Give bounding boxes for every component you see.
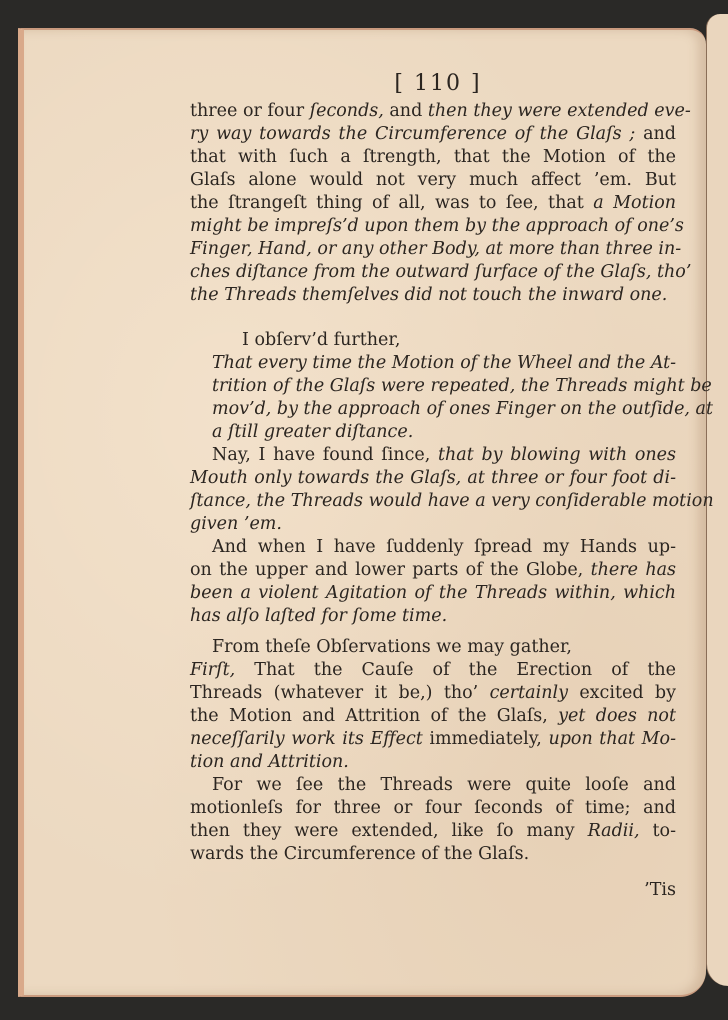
- italic-run: ry way towards the Circumference of the …: [190, 124, 635, 144]
- roman-run: to-: [640, 821, 676, 841]
- italic-run: tion and Attrition.: [190, 752, 349, 772]
- roman-run: motionleſs for three or four ſeconds of …: [190, 798, 676, 818]
- text-line: That every time the Motion of the Wheel …: [212, 352, 676, 375]
- text-line: Glaſs alone would not very much affect ’…: [190, 169, 676, 192]
- text-line: three or four ſeconds, and then they wer…: [190, 100, 676, 123]
- italic-run: ches diſtance from the outward ſurface o…: [190, 262, 691, 282]
- roman-run: that with ſuch a ſtrength, that the Moti…: [190, 147, 676, 167]
- text-line: has alſo laſted for ſome time.: [190, 605, 676, 628]
- scanned-book-spread: [ 110 ] three or four ſeconds, and then …: [0, 0, 728, 1020]
- text-line: on the upper and lower parts of the Glob…: [190, 559, 676, 582]
- roman-run: From theſe Obſervations we may gather,: [212, 637, 572, 657]
- paragraph-8: For we ſee the Threads were quite looſe …: [190, 774, 676, 866]
- text-line: Threads (whatever it be,) tho’ certainly…: [190, 682, 676, 705]
- text-line: given ’em.: [190, 513, 676, 536]
- italic-run: upon that Mo-: [548, 729, 676, 749]
- italic-run: might be impreſs’d upon them by the appr…: [190, 216, 684, 236]
- roman-run: the ſtrangeſt thing of all, was to ſee, …: [190, 193, 593, 213]
- text-line: trition of the Glaſs were repeated, the …: [212, 375, 676, 398]
- roman-run: the Motion and Attrition of the Glaſs,: [190, 706, 558, 726]
- text-line: that with ſuch a ſtrength, that the Moti…: [190, 146, 676, 169]
- italic-run: mov’d, by the approach of ones Finger on…: [212, 399, 713, 419]
- italic-run: there has: [591, 560, 676, 580]
- italic-run: been a violent Agitation of the Threads …: [190, 583, 676, 603]
- paragraph-gap: [190, 628, 676, 636]
- text-line: Firſt, That the Cauſe of the Erection of…: [190, 659, 676, 682]
- text-line: tion and Attrition.: [190, 751, 676, 774]
- italic-run: certainly: [490, 683, 568, 703]
- text-line: ſtance, the Threads would have a very co…: [190, 490, 676, 513]
- roman-run: For we ſee the Threads were quite looſe …: [212, 775, 676, 795]
- italic-run: Radii,: [588, 821, 640, 841]
- text-line: I obſerv’d further,: [220, 329, 676, 352]
- text-line: From theſe Obſervations we may gather,: [190, 636, 676, 659]
- text-line: then they were extended, like ſo many Ra…: [190, 820, 676, 843]
- text-line: motionleſs for three or four ſeconds of …: [190, 797, 676, 820]
- roman-run: three or four: [190, 101, 310, 121]
- text-line: Mouth only towards the Glaſs, at three o…: [190, 467, 676, 490]
- italic-run: Mouth only towards the Glaſs, at three o…: [190, 468, 676, 488]
- paragraph-5: And when I have ſuddenly ſpread my Hands…: [190, 536, 676, 628]
- roman-run: on the upper and lower parts of the Glob…: [190, 560, 591, 580]
- italic-run: the Threads themſelves did not touch the…: [190, 285, 667, 305]
- text-line: ry way towards the Circumference of the …: [190, 123, 676, 146]
- roman-run: wards the Circumference of the Glaſs.: [190, 844, 529, 864]
- italic-run: a Motion: [593, 193, 676, 213]
- text-line: And when I have ſuddenly ſpread my Hands…: [190, 536, 676, 559]
- text-line: neceſſarily work its Effect immediately,…: [190, 728, 676, 751]
- paragraph-6: From theſe Obſervations we may gather,: [190, 636, 676, 659]
- roman-run: Nay, I have found ſince,: [212, 445, 438, 465]
- roman-run: Threads (whatever it be,) tho’: [190, 683, 490, 703]
- italic-run: neceſſarily work its Effect: [190, 729, 423, 749]
- roman-run: and: [635, 124, 676, 144]
- italic-run: ſeconds,: [310, 101, 384, 121]
- text-line: mov’d, by the approach of ones Finger on…: [212, 398, 676, 421]
- roman-run: And when I have ſuddenly ſpread my Hands…: [212, 537, 676, 557]
- catchword: ’Tis: [644, 880, 676, 900]
- text-line: a ſtill greater diſtance.: [212, 421, 676, 444]
- text-line: the Threads themſelves did not touch the…: [190, 284, 676, 307]
- italic-run: a ſtill greater diſtance.: [212, 422, 413, 442]
- page-text-block: [ 110 ] three or four ſeconds, and then …: [190, 70, 676, 866]
- roman-run: Glaſs alone would not very much affect ’…: [190, 170, 676, 190]
- roman-run: I obſerv’d further,: [242, 330, 400, 350]
- italic-run: ſtance, the Threads would have a very co…: [190, 491, 714, 511]
- roman-run: excited by: [568, 683, 676, 703]
- italic-run: has alſo laſted for ſome time.: [190, 606, 447, 626]
- page-number: [ 110 ]: [200, 70, 676, 98]
- roman-run: then they were extended, like ſo many: [190, 821, 588, 841]
- text-line: For we ſee the Threads were quite looſe …: [190, 774, 676, 797]
- italic-run: given ’em.: [190, 514, 282, 534]
- text-line: Nay, I have found ſince, that by blowing…: [190, 444, 676, 467]
- paragraph-7: Firſt, That the Cauſe of the Erection of…: [190, 659, 676, 774]
- text-line: been a violent Agitation of the Threads …: [190, 582, 676, 605]
- italic-run: Finger, Hand, or any other Body, at more…: [190, 239, 681, 259]
- text-line: ches diſtance from the outward ſurface o…: [190, 261, 676, 284]
- paragraph-4: Nay, I have found ſince, that by blowing…: [190, 444, 676, 536]
- text-line: might be impreſs’d upon them by the appr…: [190, 215, 676, 238]
- italic-run: Firſt,: [190, 660, 235, 680]
- paragraph-gap: [190, 307, 676, 329]
- paragraph-3: That every time the Motion of the Wheel …: [190, 352, 676, 444]
- italic-run: trition of the Glaſs were repeated, the …: [212, 376, 712, 396]
- text-line: the Motion and Attrition of the Glaſs, y…: [190, 705, 676, 728]
- roman-run: That the Cauſe of the Erection of the: [235, 660, 676, 680]
- text-line: wards the Circumference of the Glaſs.: [190, 843, 676, 866]
- italic-run: yet does not: [558, 706, 676, 726]
- text-line: Finger, Hand, or any other Body, at more…: [190, 238, 676, 261]
- roman-run: and: [384, 101, 428, 121]
- text-line: the ſtrangeſt thing of all, was to ſee, …: [190, 192, 676, 215]
- paragraph-1: three or four ſeconds, and then they wer…: [190, 100, 676, 307]
- italic-run: that by blowing with ones: [438, 445, 676, 465]
- roman-run: immediately,: [423, 729, 549, 749]
- paragraph-2: I obſerv’d further,: [190, 329, 676, 352]
- italic-run: then they were extended eve-: [428, 101, 691, 121]
- italic-run: That every time the Motion of the Wheel …: [212, 353, 676, 373]
